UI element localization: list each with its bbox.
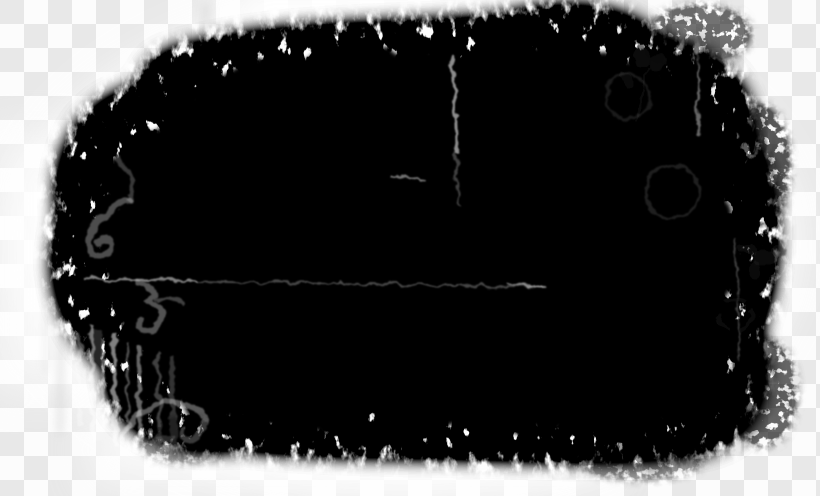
grunge-texture-image bbox=[0, 0, 820, 496]
grunge-texture-layers bbox=[0, 0, 820, 496]
